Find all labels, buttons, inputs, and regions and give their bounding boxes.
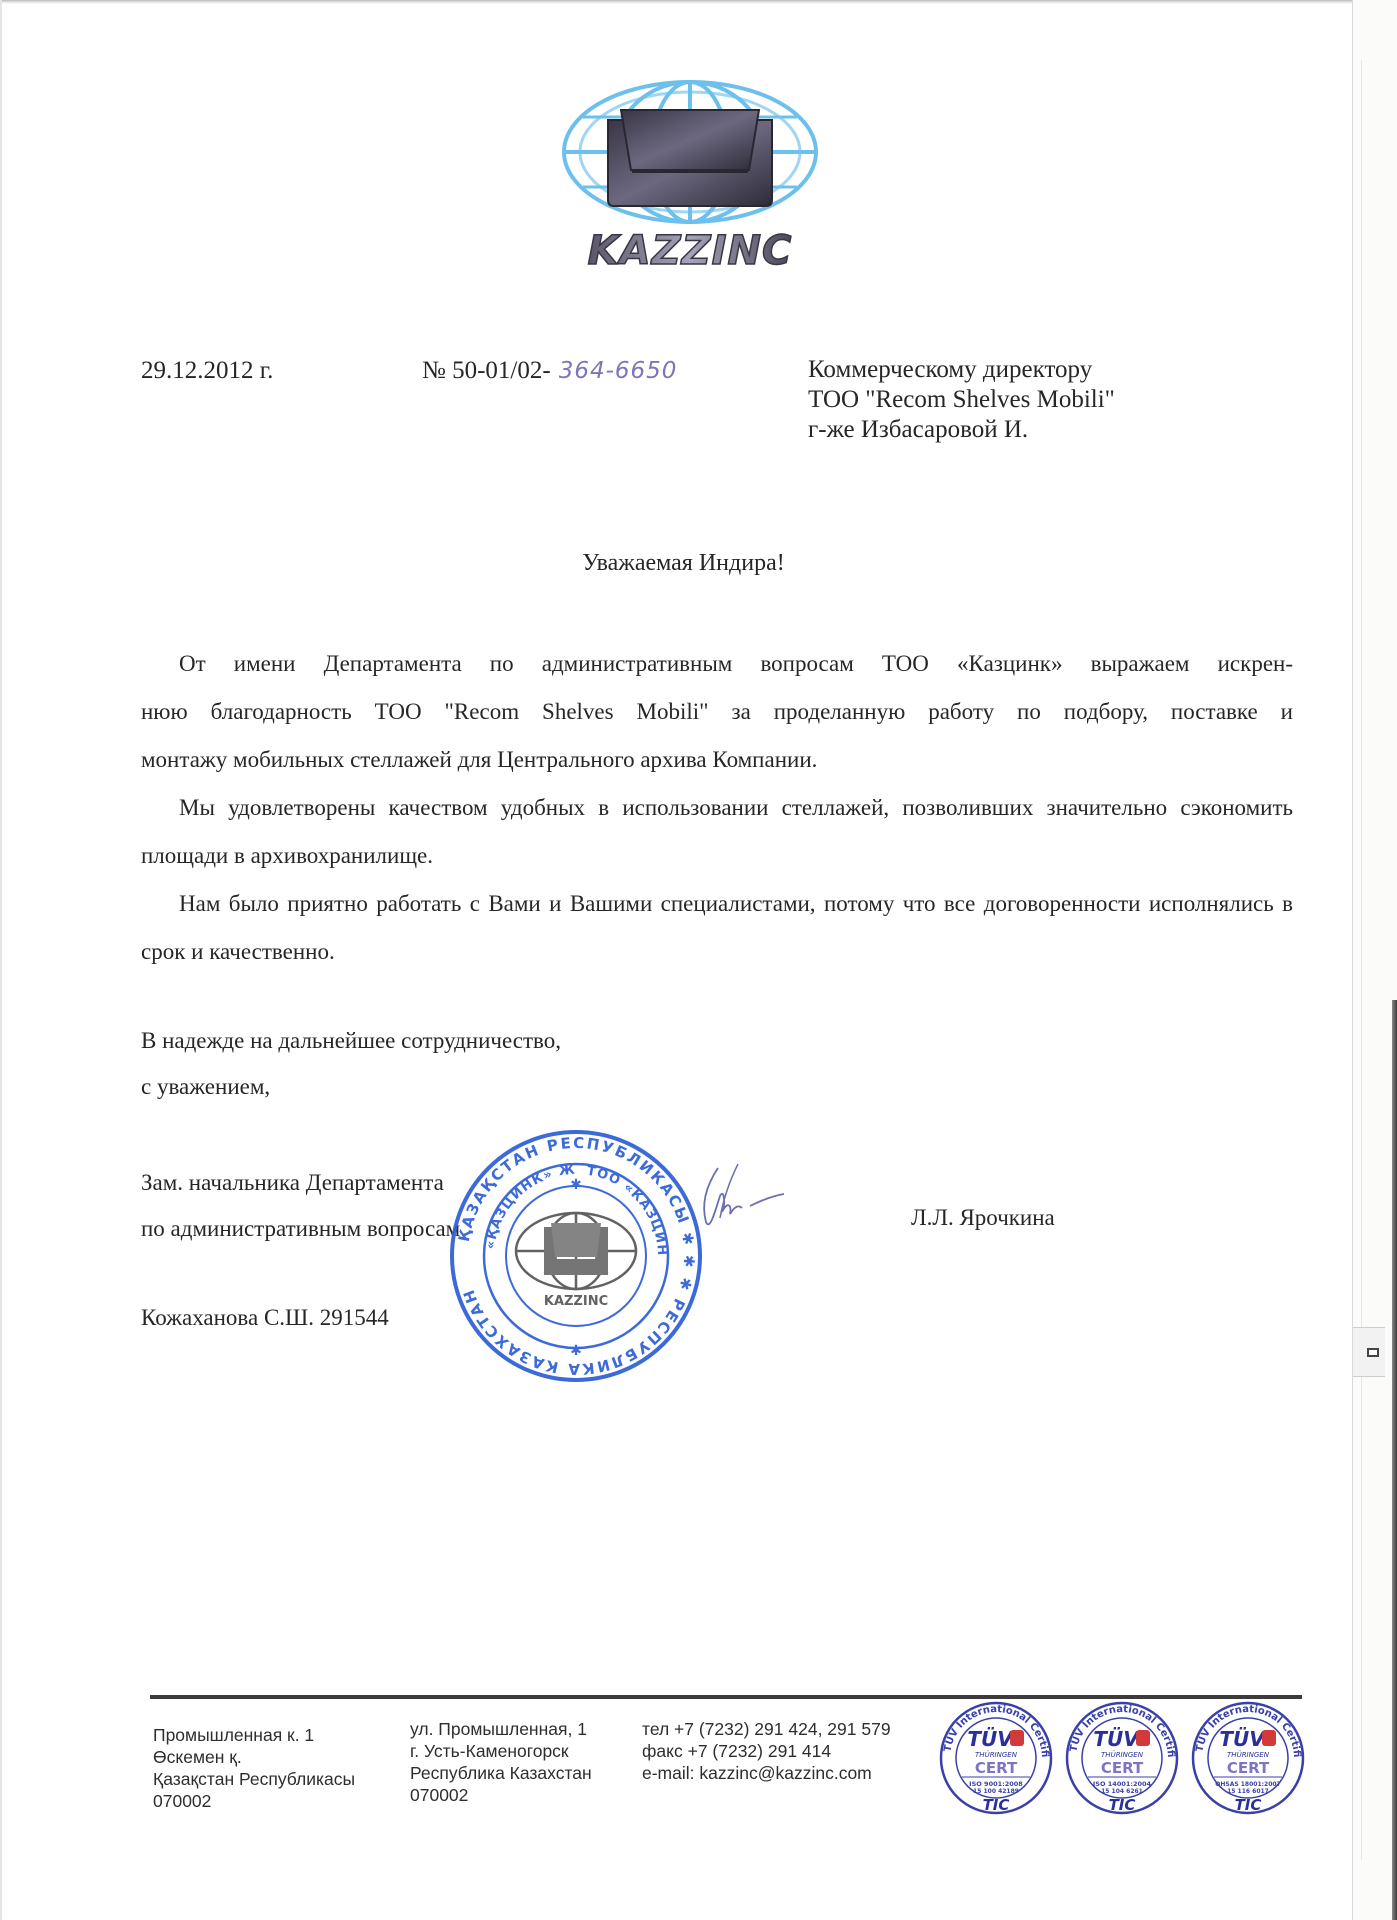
svg-text:TIC: TIC [1109,1796,1136,1814]
footer-address-kazakh: Промышленная к. 1 Өскемен қ. Қазақстан Р… [153,1724,355,1812]
svg-text:CERT: CERT [975,1759,1018,1777]
svg-text:TÜV: TÜV [967,1727,1014,1751]
paragraph-1-line-2: нюю благодарность ТОО "Recom Shelves Mob… [141,688,1293,736]
footer-ru-line-1: ул. Промышленная, 1 [410,1718,592,1740]
svg-text:15 100 42189: 15 100 42189 [973,1788,1019,1795]
svg-text:CERT: CERT [1227,1759,1270,1777]
position-line-2: по административным вопросам [141,1206,460,1252]
footer-kz-line-2: Өскемен қ. [153,1746,355,1768]
svg-text:THÜRINGEN: THÜRINGEN [1227,1750,1270,1759]
registration-number: № 50-01/02-364-6650 [422,357,677,385]
footer-kz-line-4: 070002 [153,1790,355,1812]
company-seal: ҚАЗАҚСТАН РЕСПУБЛИКАСЫ ✱ ✱ ✱ РЕСПУБЛИКА … [447,1127,705,1385]
scan-right-margin [1352,0,1397,1920]
recipient-company: ТОО "Recom Shelves Mobili" [808,385,1115,415]
registration-number-prefix: № 50-01/02- [422,357,551,384]
certification-badges: TÜV International Certification TÜV THÜR… [938,1700,1308,1830]
signature-icon [680,1160,790,1240]
signatory-name: Л.Л. Ярочкина [911,1205,1055,1231]
paragraph-3: Нам было приятно работать с Вами и Вашим… [141,880,1293,976]
globe-emblem-icon: KAZZINC [553,72,828,272]
paragraph-1-line-3: монтажу мобильных стеллажей для Централь… [141,736,1293,784]
cert-badge-ohsas18001: TÜV International Certification TÜV THÜR… [1190,1700,1306,1816]
closing-block: В надежде на дальнейшее сотрудничество, … [141,1018,561,1110]
svg-text:✱: ✱ [570,1344,582,1359]
footer-phone: тел +7 (7232) 291 424, 291 579 [642,1718,891,1740]
closing-line-2: с уважением, [141,1064,561,1110]
executor-contact: Кожаханова С.Ш. 291544 [141,1305,389,1331]
cert-badge-iso14001: TÜV International Certification TÜV THÜR… [1064,1700,1180,1816]
footer-ru-line-3: Республика Казахстан [410,1762,592,1784]
svg-text:THÜRINGEN: THÜRINGEN [1101,1750,1144,1759]
svg-text:KAZZINC: KAZZINC [544,1294,608,1309]
svg-text:OHSAS 18001:2007: OHSAS 18001:2007 [1215,1781,1280,1788]
recipient-block: Коммерческому директору ТОО "Recom Shelv… [808,355,1115,445]
salutation: Уважаемая Индира! [0,550,1397,577]
cert-badge-iso9001: TÜV International Certification TÜV THÜR… [938,1700,1054,1816]
footer-ru-line-2: г. Усть-Каменогорск [410,1740,592,1762]
svg-text:KAZZINC: KAZZINC [588,228,793,272]
svg-text:TÜV: TÜV [1093,1727,1140,1751]
svg-text:TÜV: TÜV [1219,1727,1266,1751]
footer-contacts: тел +7 (7232) 291 424, 291 579 факс +7 (… [642,1718,891,1784]
footer-divider [150,1695,1302,1699]
svg-text:TIC: TIC [983,1796,1010,1814]
paragraph-2: Мы удовлетворены качеством удобных в исп… [141,784,1293,880]
handwritten-signature [680,1160,790,1240]
letter-body: От имени Департамента по административны… [141,640,1293,976]
recipient-name: г-же Избасаровой И. [808,415,1115,445]
scan-dark-edge [1392,1000,1397,1920]
seal-stamp-icon: ҚАЗАҚСТАН РЕСПУБЛИКАСЫ ✱ ✱ ✱ РЕСПУБЛИКА … [447,1127,705,1385]
signatory-position: Зам. начальника Департамента по админист… [141,1160,460,1252]
svg-text:ISO 14001:2004: ISO 14001:2004 [1093,1780,1152,1788]
svg-text:ISO 9001:2008: ISO 9001:2008 [969,1780,1023,1788]
scan-top-edge [0,0,1397,4]
svg-text:THÜRINGEN: THÜRINGEN [975,1750,1018,1759]
page-fold-line [1361,60,1362,1860]
letter-date: 29.12.2012 г. [141,357,273,385]
footer-ru-line-4: 070002 [410,1784,592,1806]
svg-text:TIC: TIC [1235,1796,1262,1814]
svg-text:CERT: CERT [1101,1759,1144,1777]
closing-line-1: В надежде на дальнейшее сотрудничество, [141,1018,561,1064]
footer-kz-line-3: Қазақстан Республикасы [153,1768,355,1790]
footer-email: e-mail: kazzinc@kazzinc.com [642,1762,891,1784]
svg-text:15 116 6017: 15 116 6017 [1227,1788,1269,1795]
binder-tab [1353,1327,1385,1377]
footer-address-russian: ул. Промышленная, 1 г. Усть-Каменогорск … [410,1718,592,1806]
recipient-title: Коммерческому директору [808,355,1115,385]
registration-number-handwritten: 364-6650 [559,358,678,384]
tuv-cert-icon: TÜV International Certification TÜV THÜR… [1064,1700,1180,1816]
paragraph-1: От имени Департамента по административны… [141,640,1293,784]
svg-text:15 104 6261: 15 104 6261 [1101,1788,1143,1795]
position-line-1: Зам. начальника Департамента [141,1160,460,1206]
binder-slot-icon [1367,1348,1379,1357]
kazzinc-logo: KAZZINC [553,72,828,272]
svg-text:✱: ✱ [570,1178,582,1193]
tuv-cert-icon: TÜV International Certification TÜV THÜR… [938,1700,1054,1816]
paragraph-1-line-1: От имени Департамента по административны… [141,640,1293,688]
footer-fax: факс +7 (7232) 291 414 [642,1740,891,1762]
tuv-cert-icon: TÜV International Certification TÜV THÜR… [1190,1700,1306,1816]
footer-kz-line-1: Промышленная к. 1 [153,1724,355,1746]
scan-left-edge [0,0,2,1920]
